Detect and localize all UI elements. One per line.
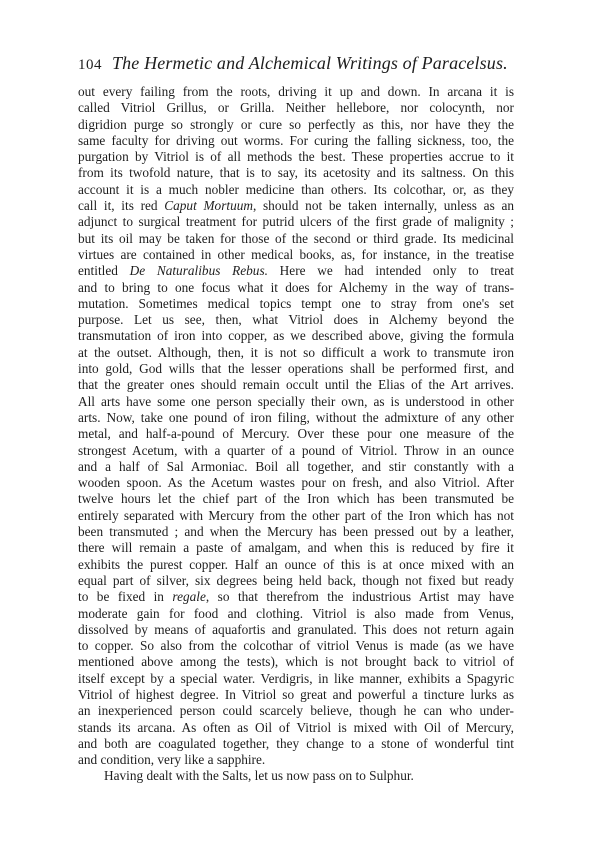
text-run: metal, and half-a-pound of Mercury. Over… <box>78 426 514 441</box>
text-run: call it, its red <box>78 198 164 213</box>
text-run: and to bring to one focus what it does f… <box>78 280 514 295</box>
text-line: from its twofold nature, that is to say,… <box>78 165 514 181</box>
text-line: and to bring to one focus what it does f… <box>78 280 514 296</box>
text-line: adjunct to surgical treatment for putrid… <box>78 214 514 230</box>
italic-phrase: Caput Mortuum <box>164 198 253 213</box>
text-line: that the greater ones should remain occu… <box>78 377 514 393</box>
text-line: transmutation of iron into copper, as we… <box>78 328 514 344</box>
text-run: been transmuted ; and when the Mercury h… <box>78 524 514 539</box>
text-line: itself except by a special water. Verdig… <box>78 671 514 687</box>
text-run: mutation. Sometimes medical topics tempt… <box>78 296 514 311</box>
text-run: Here we had intended only to treat <box>268 263 514 278</box>
text-line: called Vitriol Grillus, or Grilla. Neith… <box>78 100 514 116</box>
running-head: 104 The Hermetic and Alchemical Writings… <box>78 50 514 76</box>
text-run: digridion purge so strongly or cure so p… <box>78 117 514 132</box>
text-run: twelve hours let the chief part of the I… <box>78 491 514 506</box>
text-line: entirely separated with Mercury from the… <box>78 508 514 524</box>
text-run: itself except by a special water. Verdig… <box>78 671 514 686</box>
text-line: wooden spoon. As the Acetum wastes pour … <box>78 475 514 491</box>
text-run: that the greater ones should remain occu… <box>78 377 514 392</box>
text-run: and both are coagulated together, they c… <box>78 736 514 751</box>
text-line: been transmuted ; and when the Mercury h… <box>78 524 514 540</box>
text-line: exhibits the purest copper. Half an ounc… <box>78 557 514 573</box>
text-line: Vitriol of highest degree. In Vitriol so… <box>78 687 514 703</box>
text-line: entitled De Naturalibus Rebus. Here we h… <box>78 263 514 279</box>
text-run: , should not be taken internally, unless… <box>253 198 514 213</box>
italic-phrase: regale <box>172 589 205 604</box>
text-line: at the outset. Although, then, it is not… <box>78 345 514 361</box>
text-line: purgation by Vitriol is of all methods t… <box>78 149 514 165</box>
text-line: strongest Acetum, with a quarter of a po… <box>78 443 514 459</box>
text-run: virtues are contained in other medical b… <box>78 247 514 262</box>
text-line: into gold, God wills that the lesser ope… <box>78 361 514 377</box>
text-line: but its oil may be taken for those of th… <box>78 231 514 247</box>
text-run: exhibits the purest copper. Half an ounc… <box>78 557 514 572</box>
text-line: call it, its red Caput Mortuum, should n… <box>78 198 514 214</box>
text-run: to be fixed in <box>78 589 172 604</box>
text-line: account it is a much nobler medicine tha… <box>78 182 514 198</box>
text-line: Having dealt with the Salts, let us now … <box>78 768 514 784</box>
text-line: and a half of Sal Armoniac. Boil all tog… <box>78 459 514 475</box>
text-run: stands its arcana. As often as Oil of Vi… <box>78 720 514 735</box>
text-run: same faculty for driving out worms. For … <box>78 133 514 148</box>
italic-phrase: De Naturalibus Rebus. <box>130 263 268 278</box>
text-line: mentioned above among the tests), which … <box>78 654 514 670</box>
text-run: strongest Acetum, with a quarter of a po… <box>78 443 514 458</box>
text-run: and condition, very like a sapphire. <box>78 752 265 767</box>
text-line: purpose. Let us see, then, what Vitriol … <box>78 312 514 328</box>
text-line: and condition, very like a sapphire. <box>78 752 514 768</box>
text-line: arts. Now, take one pound of iron filing… <box>78 410 514 426</box>
text-run: to copper. So also from the colcothar of… <box>78 638 514 653</box>
text-line: to be fixed in regale, so that therefrom… <box>78 589 514 605</box>
text-run: out every failing from the roots, drivin… <box>78 84 514 99</box>
text-run: , so that therefrom the industrious Arti… <box>206 589 514 604</box>
text-line: same faculty for driving out worms. For … <box>78 133 514 149</box>
text-run: entitled <box>78 263 130 278</box>
text-line: to copper. So also from the colcothar of… <box>78 638 514 654</box>
text-run: Having dealt with the Salts, let us now … <box>104 768 414 783</box>
text-line: there will remain a paste of amalgam, an… <box>78 540 514 556</box>
text-run: moderate gain for food and clothing. Vit… <box>78 606 514 621</box>
text-run: transmutation of iron into copper, as we… <box>78 328 514 343</box>
text-run: equal part of silver, six degrees being … <box>78 573 514 588</box>
text-line: stands its arcana. As often as Oil of Vi… <box>78 720 514 736</box>
book-page: 104 The Hermetic and Alchemical Writings… <box>78 50 514 785</box>
body-text: out every failing from the roots, drivin… <box>78 84 514 785</box>
text-run: Vitriol of highest degree. In Vitriol so… <box>78 687 514 702</box>
text-line: virtues are contained in other medical b… <box>78 247 514 263</box>
text-run: adjunct to surgical treatment for putrid… <box>78 214 514 229</box>
paragraph: Having dealt with the Salts, let us now … <box>78 768 514 784</box>
text-run: entirely separated with Mercury from the… <box>78 508 514 523</box>
text-line: twelve hours let the chief part of the I… <box>78 491 514 507</box>
text-run: but its oil may be taken for those of th… <box>78 231 514 246</box>
text-run: arts. Now, take one pound of iron filing… <box>78 410 514 425</box>
text-line: mutation. Sometimes medical topics tempt… <box>78 296 514 312</box>
text-run: account it is a much nobler medicine tha… <box>78 182 514 197</box>
text-line: equal part of silver, six degrees being … <box>78 573 514 589</box>
text-run: at the outset. Although, then, it is not… <box>78 345 514 360</box>
text-line: All arts have some one person specially … <box>78 394 514 410</box>
book-title: The Hermetic and Alchemical Writings of … <box>112 50 508 76</box>
text-run: and a half of Sal Armoniac. Boil all tog… <box>78 459 514 474</box>
text-run: All arts have some one person specially … <box>78 394 514 409</box>
text-line: metal, and half-a-pound of Mercury. Over… <box>78 426 514 442</box>
text-line: an inexperienced person could scarcely b… <box>78 703 514 719</box>
text-run: from its twofold nature, that is to say,… <box>78 165 514 180</box>
text-run: there will remain a paste of amalgam, an… <box>78 540 514 555</box>
text-line: and both are coagulated together, they c… <box>78 736 514 752</box>
text-line: out every failing from the roots, drivin… <box>78 84 514 100</box>
text-line: moderate gain for food and clothing. Vit… <box>78 606 514 622</box>
paragraph: out every failing from the roots, drivin… <box>78 84 514 768</box>
text-run: called Vitriol Grillus, or Grilla. Neith… <box>78 100 514 115</box>
text-run: purgation by Vitriol is of all methods t… <box>78 149 514 164</box>
text-run: dissolved by means of aquafortis and gra… <box>78 622 514 637</box>
text-run: wooden spoon. As the Acetum wastes pour … <box>78 475 514 490</box>
text-run: an inexperienced person could scarcely b… <box>78 703 514 718</box>
text-line: dissolved by means of aquafortis and gra… <box>78 622 514 638</box>
text-run: purpose. Let us see, then, what Vitriol … <box>78 312 514 327</box>
text-run: into gold, God wills that the lesser ope… <box>78 361 514 376</box>
text-run: mentioned above among the tests), which … <box>78 654 514 669</box>
page-number: 104 <box>78 52 102 78</box>
text-line: digridion purge so strongly or cure so p… <box>78 117 514 133</box>
